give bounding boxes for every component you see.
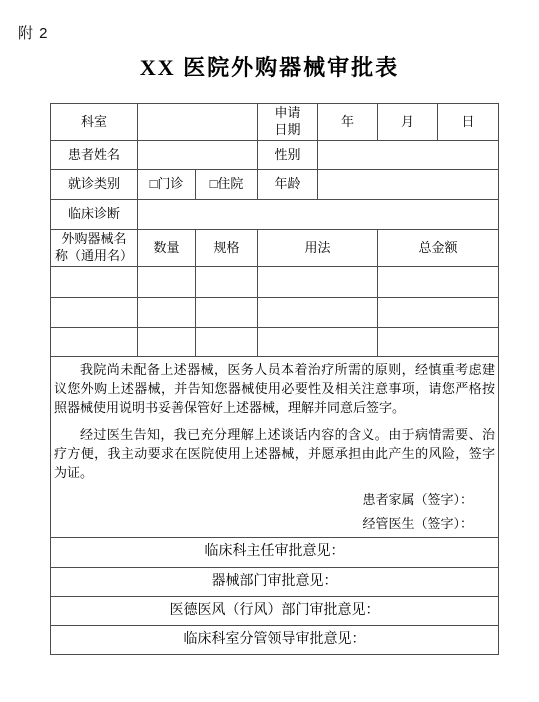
age-input-cell[interactable] [318, 169, 499, 199]
device-spec-input-cell[interactable] [196, 266, 258, 297]
inpatient-checkbox-option[interactable]: □住院 [196, 169, 258, 199]
approval-row-ethics-dept: 医德医风（行风）部门审批意见： [51, 596, 499, 625]
outpatient-checkbox-option[interactable]: □门诊 [138, 169, 196, 199]
device-name-input-cell[interactable] [51, 266, 138, 297]
approval-row-device-dept: 器械部门审批意见： [51, 567, 499, 596]
device-header-row: 外购器械名 称（通用名） 数量 规格 用法 总金额 [51, 229, 499, 266]
consent-cell: 我院尚未配备上述器械，医务人员本着治疗所需的原则，经慎重考虑建议您外购上述器械，… [51, 356, 499, 537]
doctor-signature-line[interactable]: 经管医生（签字）： [54, 512, 473, 536]
apply-date-label: 申请 日期 [258, 104, 318, 141]
diagnosis-label: 临床诊断 [51, 199, 138, 229]
page-title: XX 医院外购器械审批表 [0, 51, 539, 82]
diagnosis-row: 临床诊断 [51, 199, 499, 229]
attachment-number-label: 附 2 [18, 22, 49, 43]
visit-type-row: 就诊类别 □门诊 □住院 年龄 [51, 169, 499, 199]
device-entry-row [51, 266, 499, 297]
department-chief-approval-cell[interactable]: 临床科主任审批意见： [51, 537, 499, 567]
approval-row-leader: 临床科室分管领导审批意见： [51, 625, 499, 654]
device-name-input-cell[interactable] [51, 297, 138, 327]
age-label: 年龄 [258, 169, 318, 199]
device-spec-header: 规格 [196, 229, 258, 266]
device-name-input-cell[interactable] [51, 327, 138, 356]
device-qty-header: 数量 [138, 229, 196, 266]
approval-form-table: 科室 申请 日期 年 月 日 患者姓名 性别 就诊类别 □门诊 □住院 年龄 [50, 103, 499, 655]
month-cell[interactable]: 月 [378, 104, 438, 141]
family-signature-line[interactable]: 患者家属（签字）： [54, 488, 473, 512]
document-page: 附 2 XX 医院外购器械审批表 科室 申请 日期 年 月 日 患者姓名 性别 [0, 0, 539, 702]
signature-block: 患者家属（签字）： 经管医生（签字）： [54, 488, 495, 536]
ethics-dept-approval-cell[interactable]: 医德医风（行风）部门审批意见： [51, 596, 499, 625]
device-usage-input-cell[interactable] [258, 266, 378, 297]
device-qty-input-cell[interactable] [138, 327, 196, 356]
patient-name-label: 患者姓名 [51, 140, 138, 169]
gender-input-cell[interactable] [318, 140, 499, 169]
patient-statement-paragraph: 经过医生告知，我已充分理解上述谈话内容的含义。由于病情需要、治疗方便，我主动要求… [54, 425, 495, 482]
device-entry-row [51, 297, 499, 327]
department-input-cell[interactable] [138, 104, 258, 141]
year-cell[interactable]: 年 [318, 104, 378, 141]
device-spec-input-cell[interactable] [196, 297, 258, 327]
device-amount-header: 总金额 [378, 229, 499, 266]
device-qty-input-cell[interactable] [138, 297, 196, 327]
device-spec-input-cell[interactable] [196, 327, 258, 356]
visit-type-label: 就诊类别 [51, 169, 138, 199]
device-qty-input-cell[interactable] [138, 266, 196, 297]
device-amount-input-cell[interactable] [378, 297, 499, 327]
device-amount-input-cell[interactable] [378, 327, 499, 356]
diagnosis-input-cell[interactable] [138, 199, 499, 229]
device-usage-header: 用法 [258, 229, 378, 266]
device-usage-input-cell[interactable] [258, 327, 378, 356]
hospital-statement-paragraph: 我院尚未配备上述器械，医务人员本着治疗所需的原则，经慎重考虑建议您外购上述器械，… [54, 360, 495, 417]
device-amount-input-cell[interactable] [378, 266, 499, 297]
department-label: 科室 [51, 104, 138, 141]
department-date-row: 科室 申请 日期 年 月 日 [51, 104, 499, 141]
device-name-header: 外购器械名 称（通用名） [51, 229, 138, 266]
approval-row-department-chief: 临床科主任审批意见： [51, 537, 499, 567]
device-dept-approval-cell[interactable]: 器械部门审批意见： [51, 567, 499, 596]
patient-name-row: 患者姓名 性别 [51, 140, 499, 169]
consent-row: 我院尚未配备上述器械，医务人员本着治疗所需的原则，经慎重考虑建议您外购上述器械，… [51, 356, 499, 537]
day-cell[interactable]: 日 [438, 104, 499, 141]
device-entry-row [51, 327, 499, 356]
device-usage-input-cell[interactable] [258, 297, 378, 327]
leader-approval-cell[interactable]: 临床科室分管领导审批意见： [51, 625, 499, 654]
patient-name-input-cell[interactable] [138, 140, 258, 169]
gender-label: 性别 [258, 140, 318, 169]
